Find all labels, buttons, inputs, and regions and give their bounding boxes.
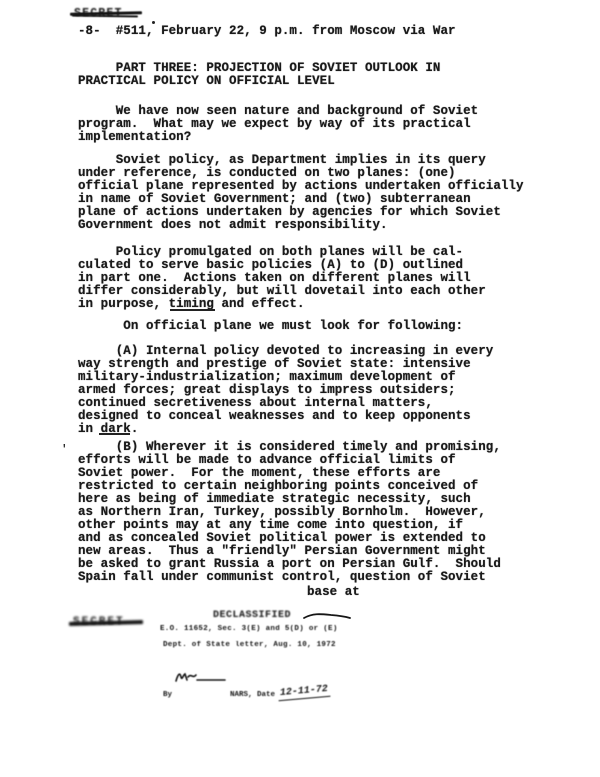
dept-letter-line: Dept. of State letter, Aug. 10, 1972 <box>163 641 336 649</box>
paragraph-official-plane-lead: On official plane we must look for follo… <box>78 320 463 333</box>
handwritten-date: 12-11-72 <box>278 684 331 701</box>
catchword: base at <box>307 586 360 599</box>
by-label: By <box>163 691 172 699</box>
underline-mark-timing <box>170 309 215 311</box>
paragraph-intro: We have now seen nature and background o… <box>78 105 478 144</box>
signature-scribble <box>175 655 227 699</box>
nars-label: NARS, Date <box>230 691 275 699</box>
paragraph-item-a: (A) Internal policy devoted to increasin… <box>78 345 493 436</box>
by-nars-line: By NARS, Date 12-11-72 <box>163 655 330 699</box>
paragraph-item-b: (B) Wherever it is considered timely and… <box>78 441 501 584</box>
stray-mark: ' <box>61 444 68 456</box>
page-header-line: -8- #511, February 22, 9 p.m. from Mosco… <box>78 25 456 38</box>
paragraph-policy-promulgated: Policy promulgated on both planes will b… <box>78 246 486 311</box>
eo-citation-line: E.O. 11652, Sec. 3(E) and 5(D) or (E) <box>160 625 338 633</box>
pen-squiggle <box>303 611 351 621</box>
paragraph-two-planes: Soviet policy, as Department implies in … <box>78 154 524 232</box>
document-page: SECRET -8- #511, February 22, 9 p.m. fro… <box>0 0 600 777</box>
section-heading: PART THREE: PROJECTION OF SOVIET OUTLOOK… <box>78 62 440 88</box>
declassified-stamp: DECLASSIFIED <box>213 610 291 621</box>
underline-mark-dark <box>99 433 130 435</box>
